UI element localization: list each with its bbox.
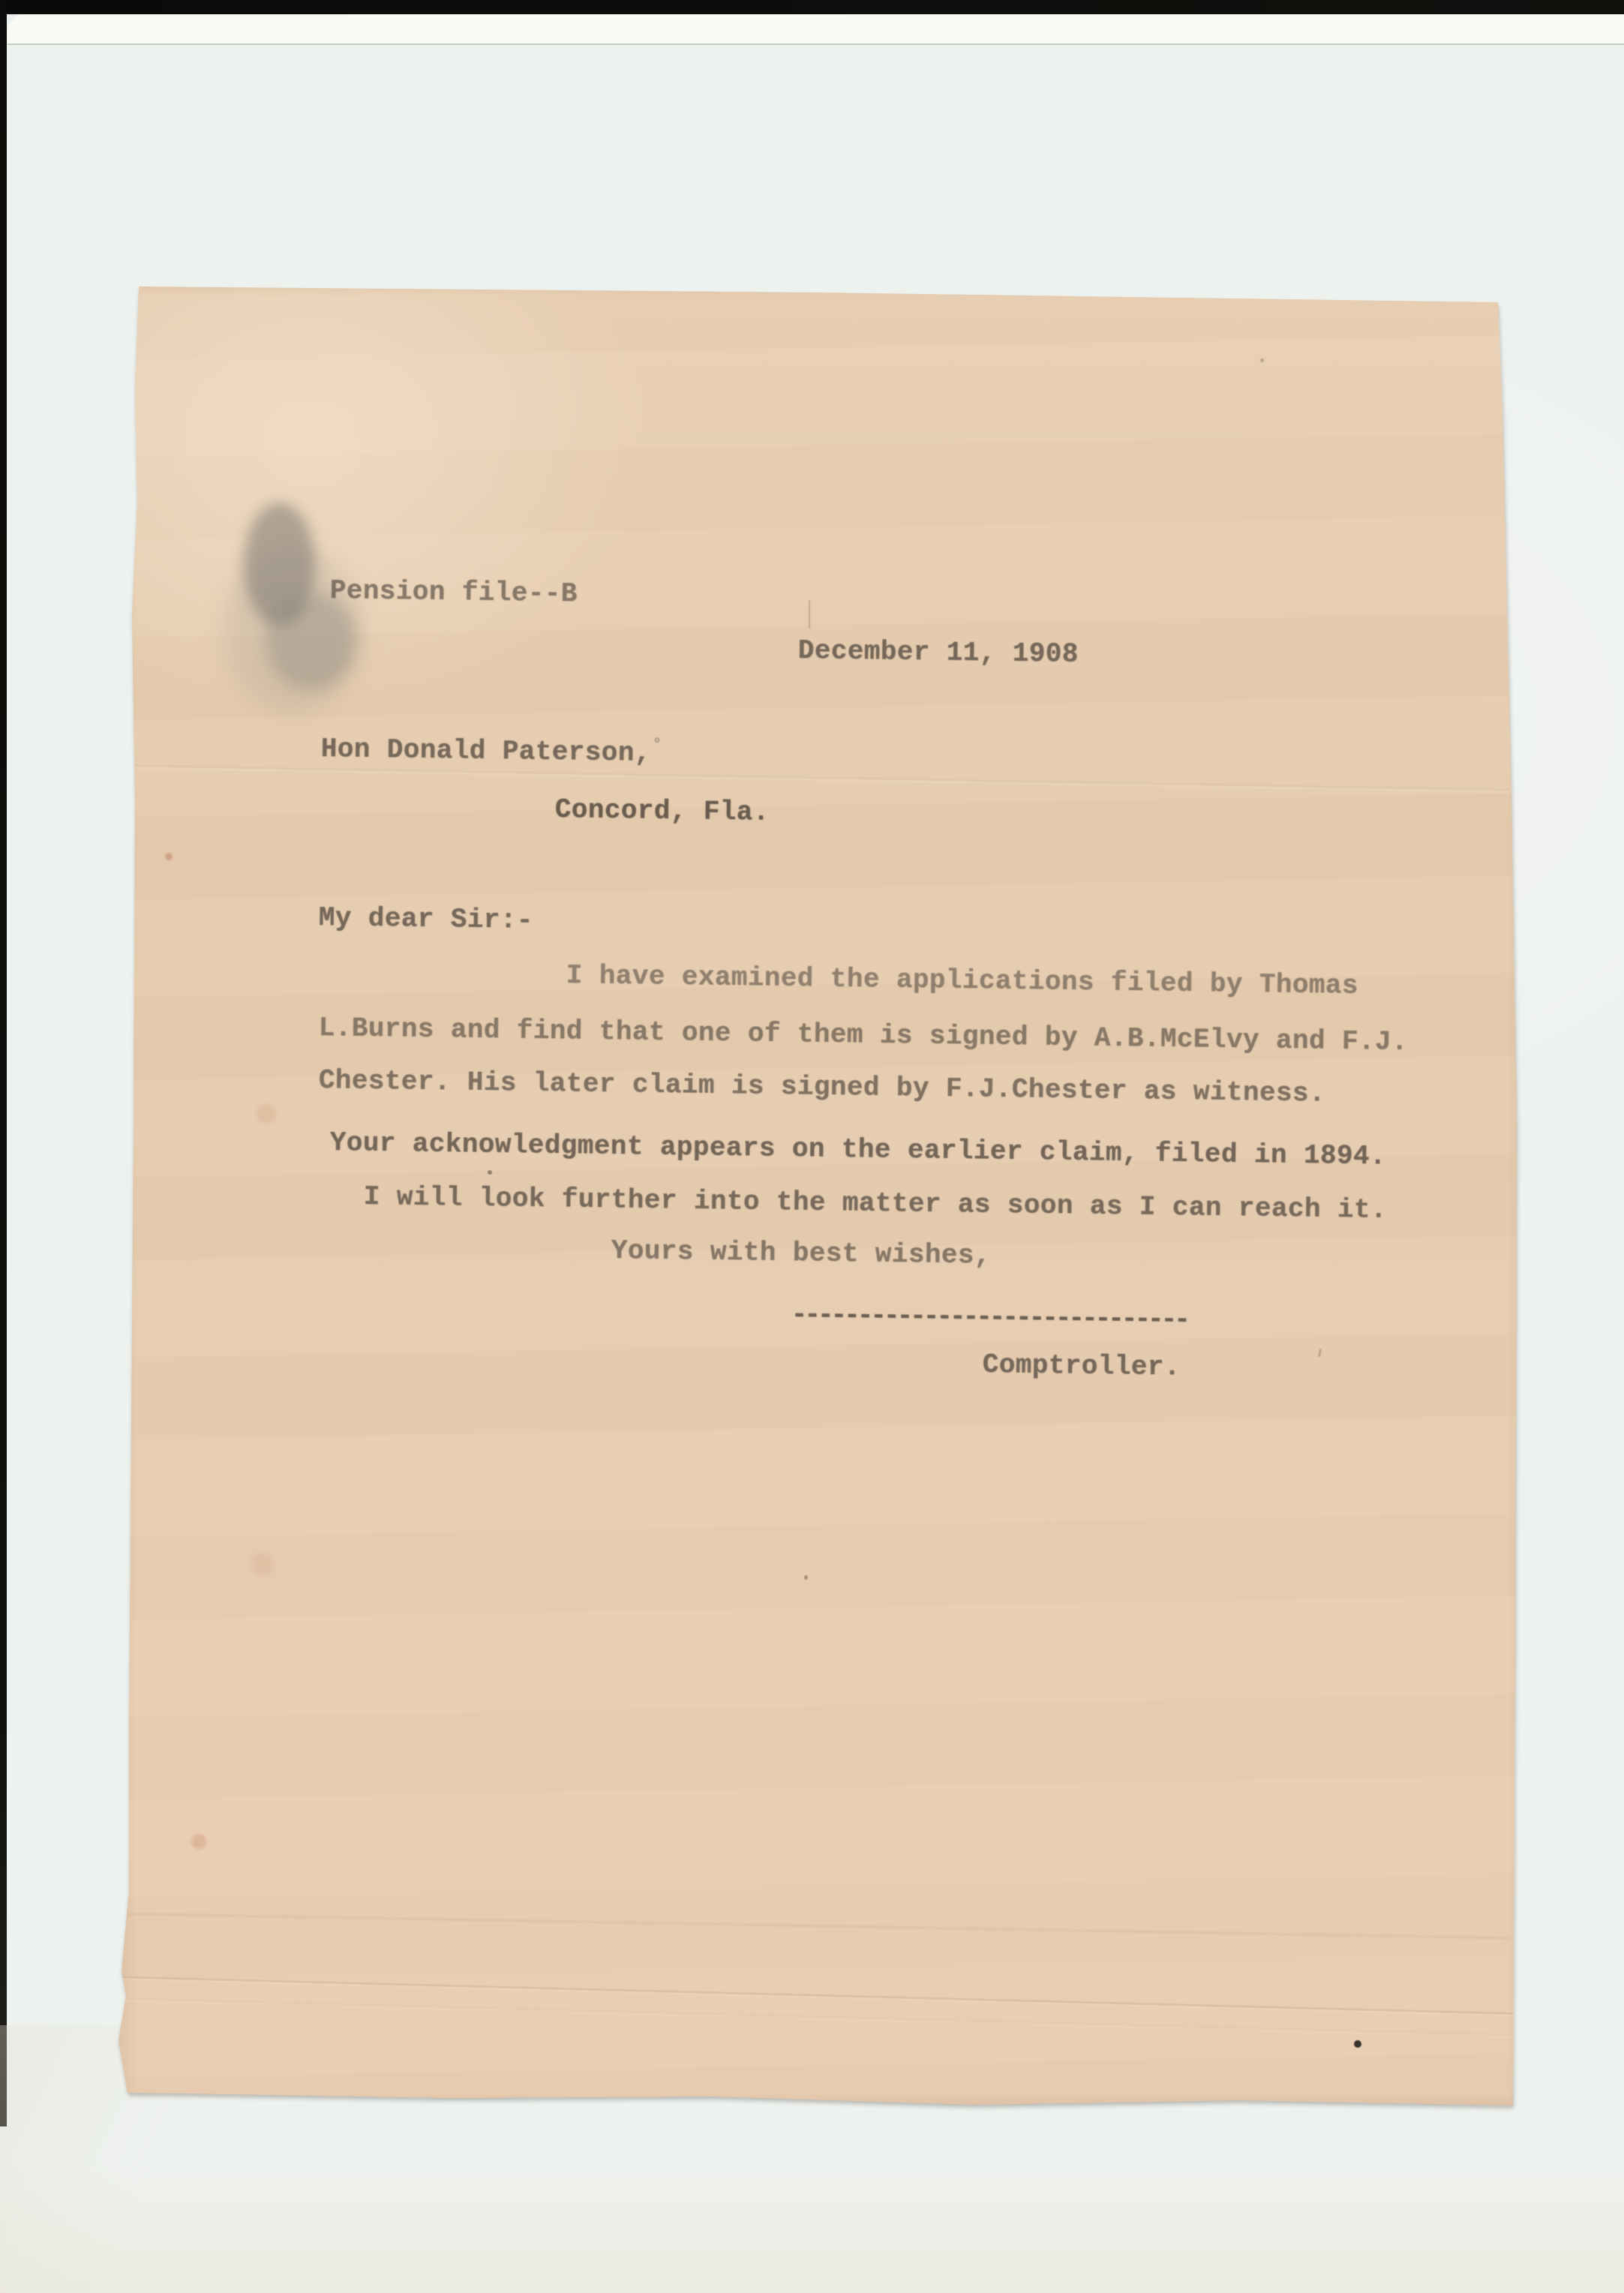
closing-line: Yours with best wishes, xyxy=(611,1238,992,1270)
backing-sheet-top-edge xyxy=(8,14,1624,45)
recipient-name: Hon Donald Paterson, xyxy=(320,734,651,769)
ink-smudge xyxy=(244,503,315,626)
letter-paper: Pension file--B December 11, 1908 Hon Do… xyxy=(113,278,1526,2115)
scanner-frame-top-bar xyxy=(0,0,1624,14)
recipient-name-line: Hon Donald Paterson,° xyxy=(320,734,662,767)
body-line: Chester. His later claim is signed by F.… xyxy=(319,1067,1326,1108)
letter-paper-wrap: Pension file--B December 11, 1908 Hon Do… xyxy=(113,278,1526,2115)
typed-stray-mark: ° xyxy=(653,738,662,753)
body-line: L.Burns and find that one of them is sig… xyxy=(319,1015,1409,1056)
stray-ink-dot xyxy=(488,1170,492,1175)
body-line: I will look further into the matter as s… xyxy=(364,1184,1388,1224)
body-line: I have examined the applications filed b… xyxy=(566,962,1359,1000)
ink-speck-large xyxy=(1354,2040,1361,2048)
paper-speck xyxy=(1260,359,1264,362)
vertical-scratch xyxy=(809,600,810,629)
age-stain xyxy=(257,1104,276,1124)
paper-speck xyxy=(804,1575,808,1580)
fold-crease-faint xyxy=(124,1913,1511,1939)
signature-title: Comptroller. xyxy=(983,1352,1181,1381)
date-line: December 11, 1908 xyxy=(798,638,1079,668)
signature-rule: ------------------------------ xyxy=(791,1301,1188,1334)
scanned-letter-canvas: Pension file--B December 11, 1908 Hon Do… xyxy=(0,0,1624,2293)
age-stain xyxy=(251,1553,274,1575)
salutation-line: My dear Sir:- xyxy=(319,905,533,935)
fold-crease-lower-secondary xyxy=(122,1998,1513,2037)
age-stain xyxy=(191,1834,206,1849)
ink-smudge-halo xyxy=(225,548,360,713)
stray-pen-mark xyxy=(1318,1349,1322,1357)
rust-spot xyxy=(165,853,173,860)
fold-crease-lower xyxy=(122,1976,1513,2016)
body-line: Your acknowledgment appears on the earli… xyxy=(330,1130,1387,1170)
fold-crease-upper xyxy=(124,765,1510,792)
recipient-place-line: Concord, Fla. xyxy=(555,797,770,827)
scanner-frame-left-bar xyxy=(0,0,7,2126)
file-reference-line: Pension file--B xyxy=(330,578,578,608)
backing-bottom-shading xyxy=(0,2160,1624,2293)
ink-smudge-lower xyxy=(266,593,356,690)
